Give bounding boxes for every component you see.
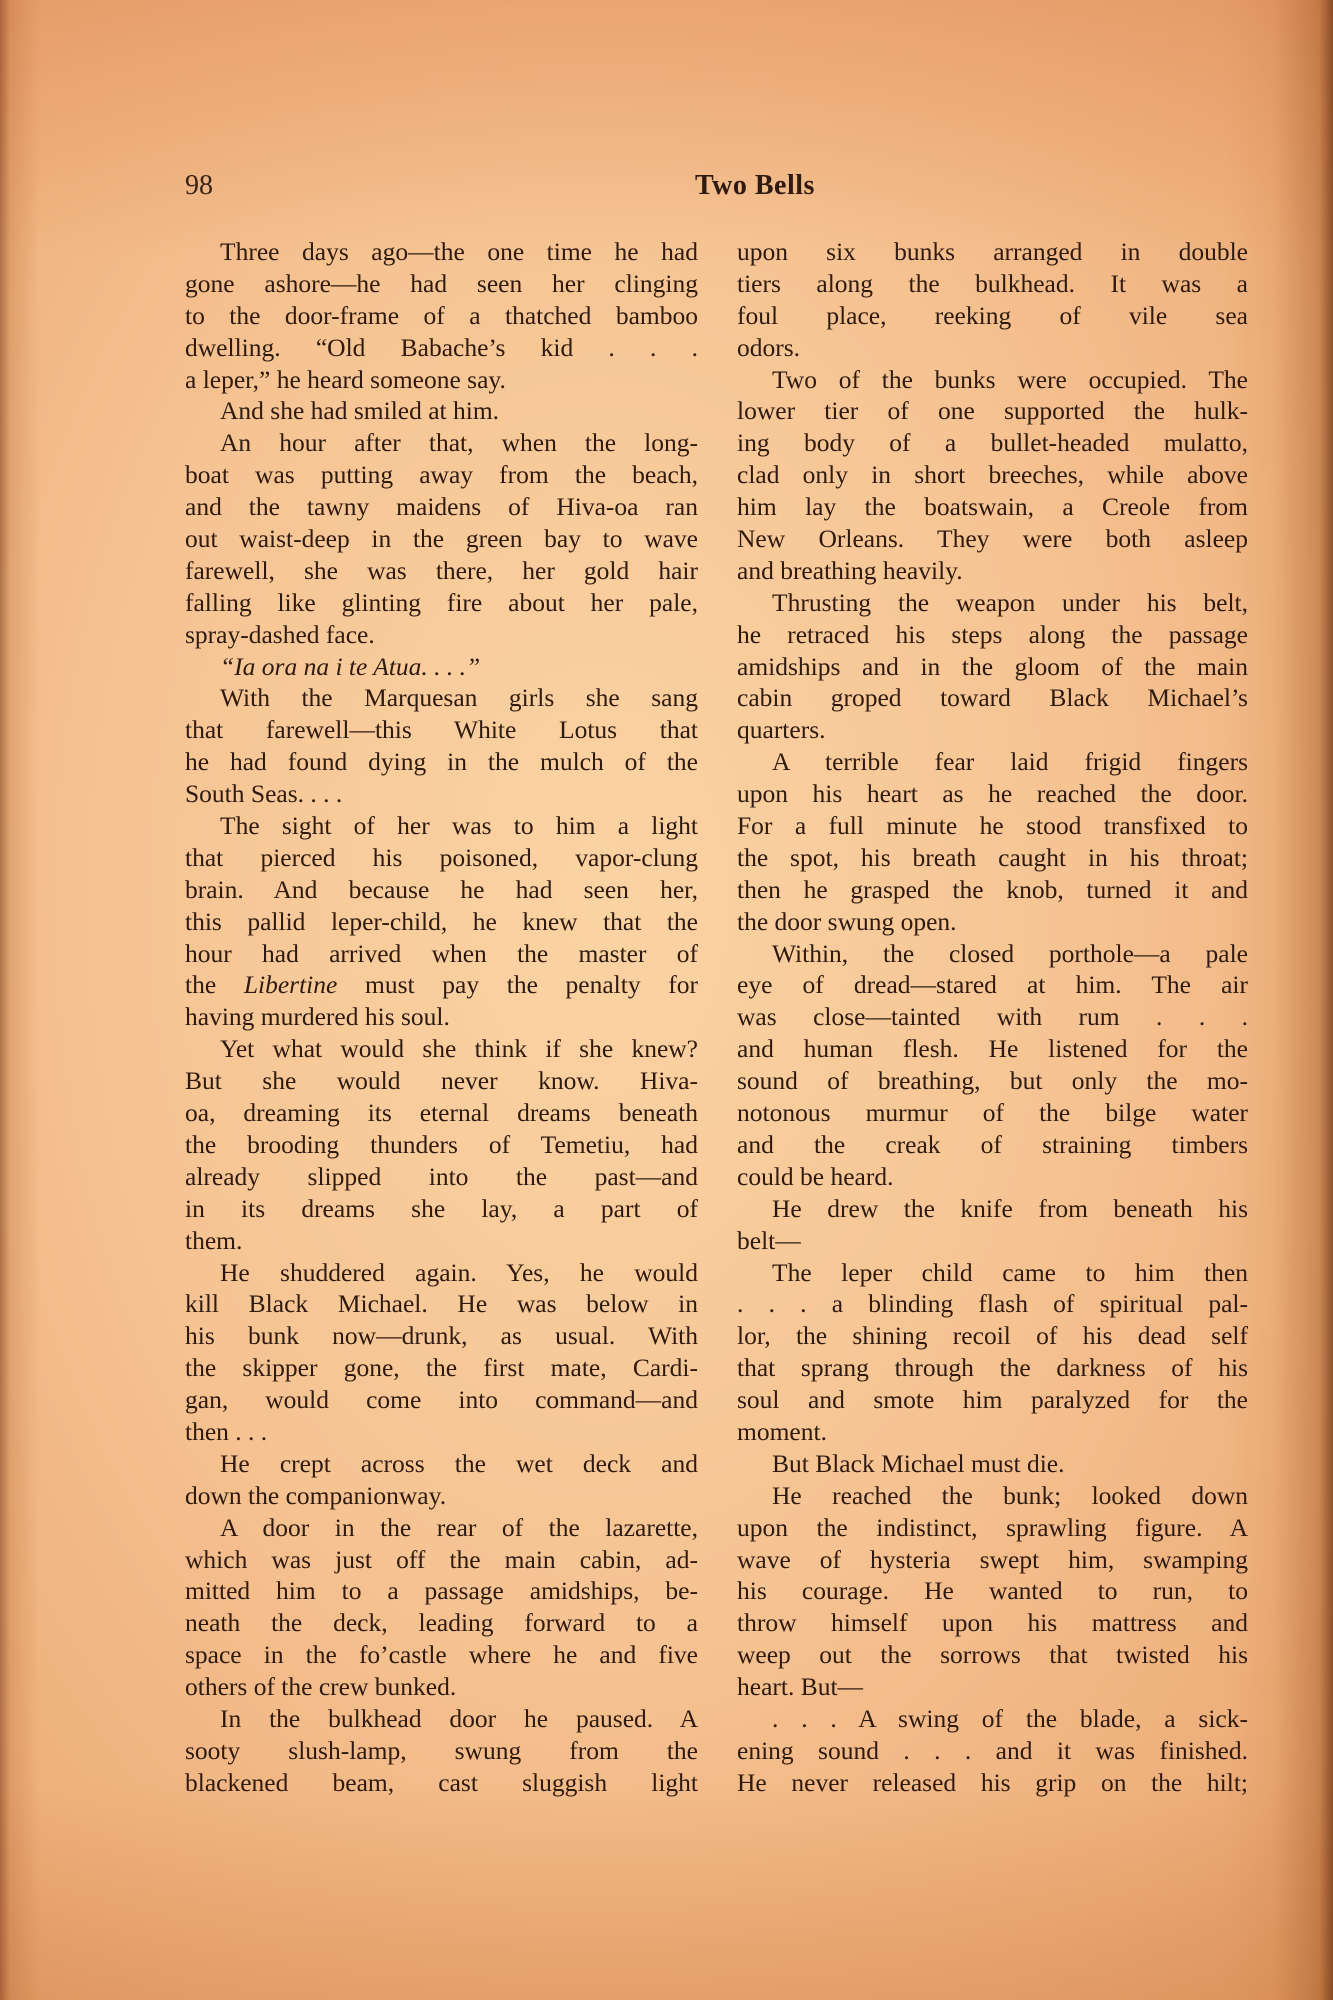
text-line: foul place, reeking of vile sea [737,300,1248,332]
text-line: a leper,” he heard someone say. [185,364,698,396]
text-line: could be heard. [737,1161,1248,1193]
text-line: eye of dread—stared at him. The air [737,969,1248,1001]
text-line: A door in the rear of the lazarette, [185,1512,698,1544]
right-text-column: upon six bunks arranged in doubletiers a… [737,236,1248,1799]
text-line: him lay the boatswain, a Creole from [737,491,1248,523]
text-line: mitted him to a passage amidships, be- [185,1575,698,1607]
text-line: in its dreams she lay, a part of [185,1193,698,1225]
text-line: He shuddered again. Yes, he would [185,1257,698,1289]
text-line: The sight of her was to him a light [185,810,698,842]
text-line: Two of the bunks were occupied. The [737,364,1248,396]
text-line: wave of hysteria swept him, swamping [737,1544,1248,1576]
text-line: Three days ago—the one time he had [185,236,698,268]
text-line: “Ia ora na i te Atua. . . .” [185,651,698,683]
text-line: moment. [737,1416,1248,1448]
text-line: A terrible fear laid frigid fingers [737,746,1248,778]
text-line: In the bulkhead door he paused. A [185,1703,698,1735]
text-line: He crept across the wet deck and [185,1448,698,1480]
text-line: the skipper gone, the first mate, Cardi- [185,1352,698,1384]
text-line: the door swung open. [737,906,1248,938]
text-line: But she would never know. Hiva- [185,1065,698,1097]
text-line: this pallid leper-child, he knew that th… [185,906,698,938]
text-line: gan, would come into command—and [185,1384,698,1416]
text-line: which was just off the main cabin, ad- [185,1544,698,1576]
text-line: was close—tainted with rum . . . [737,1001,1248,1033]
text-line: then he grasped the knob, turned it and [737,874,1248,906]
book-page: 98 Two Bells Three days ago—the one time… [0,0,1333,2000]
text-line: upon six bunks arranged in double [737,236,1248,268]
text-line: An hour after that, when the long- [185,427,698,459]
text-line: He reached the bunk; looked down [737,1480,1248,1512]
text-line: The leper child came to him then [737,1257,1248,1289]
text-line: down the companionway. [185,1480,698,1512]
text-line: belt— [737,1225,1248,1257]
text-line: He drew the knife from beneath his [737,1193,1248,1225]
text-line: upon the indistinct, sprawling figure. A [737,1512,1248,1544]
text-line: spray-dashed face. [185,619,698,651]
text-line: boat was putting away from the beach, [185,459,698,491]
left-text-column: Three days ago—the one time he hadgone a… [185,236,698,1799]
text-line: soul and smote him paralyzed for the [737,1384,1248,1416]
text-line: He never released his grip on the hilt; [737,1767,1248,1799]
text-line: lor, the shining recoil of his dead self [737,1320,1248,1352]
text-line: hour had arrived when the master of [185,938,698,970]
text-line: ing body of a bullet-headed mulatto, [737,427,1248,459]
text-line: South Seas. . . . [185,778,698,810]
text-line: brain. And because he had seen her, [185,874,698,906]
text-line: already slipped into the past—and [185,1161,698,1193]
text-line: having murdered his soul. [185,1001,698,1033]
text-line: lower tier of one supported the hulk- [737,395,1248,427]
text-line: kill Black Michael. He was below in [185,1288,698,1320]
text-line: And she had smiled at him. [185,395,698,427]
text-line: his courage. He wanted to run, to [737,1575,1248,1607]
text-line: throw himself upon his mattress and [737,1607,1248,1639]
text-line: New Orleans. They were both asleep [737,523,1248,555]
text-line: oa, dreaming its eternal dreams beneath [185,1097,698,1129]
text-line: heart. But— [737,1671,1248,1703]
running-title: Two Bells [185,170,1265,202]
text-line: and breathing heavily. [737,555,1248,587]
text-line: the brooding thunders of Temetiu, had [185,1129,698,1161]
text-line: that farewell—this White Lotus that [185,714,698,746]
text-line: he retraced his steps along the passage [737,619,1248,651]
text-line: clad only in short breeches, while above [737,459,1248,491]
text-line: ening sound . . . and it was finished. [737,1735,1248,1767]
text-line: falling like glinting fire about her pal… [185,587,698,619]
text-line: the Libertine must pay the penalty for [185,969,698,1001]
text-line: quarters. [737,714,1248,746]
text-line: blackened beam, cast sluggish light [185,1767,698,1799]
text-line: the spot, his breath caught in his throa… [737,842,1248,874]
text-line: But Black Michael must die. [737,1448,1248,1480]
text-line: gone ashore—he had seen her clinging [185,268,698,300]
text-line: dwelling. “Old Babache’s kid . . . [185,332,698,364]
page-header: 98 Two Bells [185,170,1265,210]
text-line: Within, the closed porthole—a pale [737,938,1248,970]
text-line: Yet what would she think if she knew? [185,1033,698,1065]
text-line: then . . . [185,1416,698,1448]
text-line: sooty slush-lamp, swung from the [185,1735,698,1767]
text-line: cabin groped toward Black Michael’s [737,682,1248,714]
text-line: and the tawny maidens of Hiva-oa ran [185,491,698,523]
text-line: sound of breathing, but only the mo- [737,1065,1248,1097]
text-line: Thrusting the weapon under his belt, [737,587,1248,619]
text-line: amidships and in the gloom of the main [737,651,1248,683]
text-line: . . . A swing of the blade, a sick- [737,1703,1248,1735]
text-line: notonous murmur of the bilge water [737,1097,1248,1129]
text-line: neath the deck, leading forward to a [185,1607,698,1639]
text-line: . . . a blinding flash of spiritual pal- [737,1288,1248,1320]
text-line: and human flesh. He listened for the [737,1033,1248,1065]
text-line: his bunk now—drunk, as usual. With [185,1320,698,1352]
text-line: that sprang through the darkness of his [737,1352,1248,1384]
text-line: space in the fo’castle where he and five [185,1639,698,1671]
text-line: he had found dying in the mulch of the [185,746,698,778]
text-line: farewell, she was there, her gold hair [185,555,698,587]
text-line: odors. [737,332,1248,364]
text-line: For a full minute he stood transfixed to [737,810,1248,842]
text-line: that pierced his poisoned, vapor-clung [185,842,698,874]
text-line: With the Marquesan girls she sang [185,682,698,714]
text-line: tiers along the bulkhead. It was a [737,268,1248,300]
text-line: and the creak of straining timbers [737,1129,1248,1161]
text-line: upon his heart as he reached the door. [737,778,1248,810]
text-line: out waist-deep in the green bay to wave [185,523,698,555]
text-line: weep out the sorrows that twisted his [737,1639,1248,1671]
text-line: to the door-frame of a thatched bamboo [185,300,698,332]
text-line: them. [185,1225,698,1257]
text-line: others of the crew bunked. [185,1671,698,1703]
